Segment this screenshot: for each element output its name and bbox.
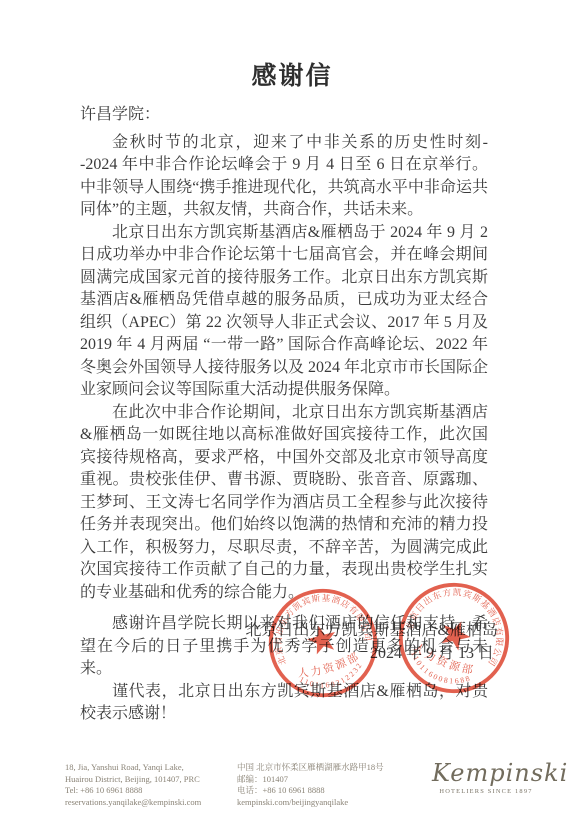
address-line: 电话：+86 10 6961 8888 xyxy=(237,785,384,797)
paragraph: 北京日出东方凯宾斯基酒店&雁栖岛于 2024 年 9 月 2 日成功举办中非合作… xyxy=(80,222,488,402)
address-line: Tel: +86 10 6961 8888 xyxy=(65,785,201,797)
kempinski-logo: Kempinski HOTELIERS SINCE 1897 xyxy=(432,760,540,795)
kempinski-tagline: HOTELIERS SINCE 1897 xyxy=(432,788,540,795)
address-line: 邮编：101407 xyxy=(237,774,384,786)
address-line: Huairou District, Beijing, 101407, PRC xyxy=(65,774,201,786)
address-line: kempinski.com/beijingyanqilake xyxy=(237,797,384,809)
salutation: 许昌学院： xyxy=(80,104,488,127)
footer-address-chinese: 中国 北京市怀柔区雁栖湖雁水路甲18号 邮编：101407 电话：+86 10 … xyxy=(237,762,384,808)
footer-address-english: 18, Jia, Yanshui Road, Yanqi Lake, Huair… xyxy=(65,762,201,808)
letter-page: 感谢信 许昌学院： 金秋时节的北京，迎来了中非关系的历史性时刻--2024 年中… xyxy=(0,0,584,819)
letter-title: 感谢信 xyxy=(0,56,584,92)
address-line: 18, Jia, Yanshui Road, Yanqi Lake, xyxy=(65,762,201,774)
address-line: 中国 北京市怀柔区雁栖湖雁水路甲18号 xyxy=(237,762,384,774)
star-icon xyxy=(304,622,339,656)
star-icon xyxy=(437,615,475,652)
paragraph: 金秋时节的北京，迎来了中非关系的历史性时刻--2024 年中非合作论坛峰会于 9… xyxy=(80,132,488,222)
kempinski-wordmark: Kempinski xyxy=(432,760,540,786)
address-line: reservations.yanqilake@kempinski.com xyxy=(65,797,201,809)
